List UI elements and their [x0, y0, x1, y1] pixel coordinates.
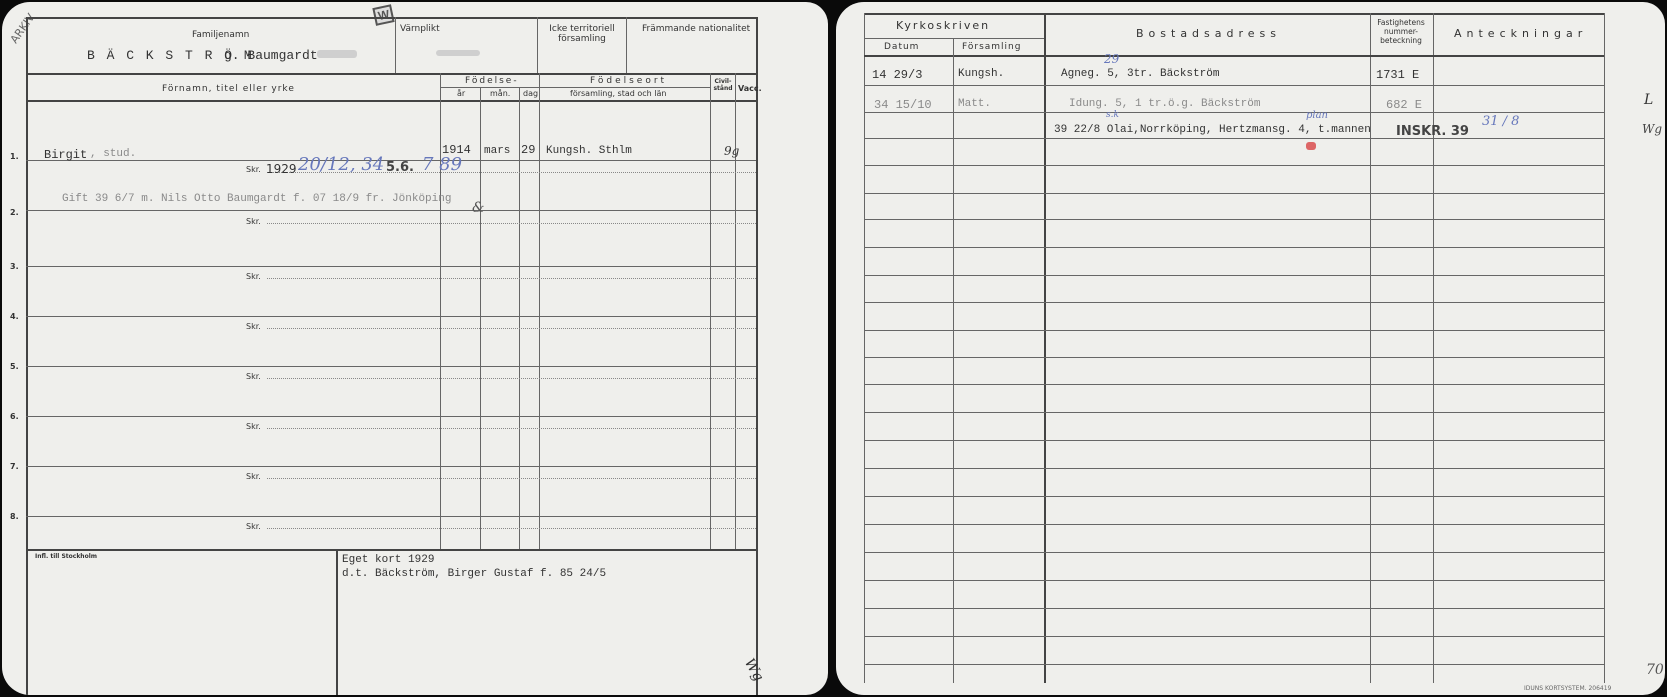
corner-stamp: W	[372, 4, 395, 26]
right-border	[756, 17, 758, 695]
row-line	[864, 85, 1604, 86]
header-bottom-line	[864, 55, 1604, 57]
row-line	[864, 193, 1604, 194]
redacted-mark	[436, 50, 480, 56]
non-territorial-label: Icke territoriell församling	[542, 24, 622, 44]
row-line	[864, 608, 1604, 609]
entry-address: Agneg. 5, 3tr. Bäckström	[1061, 68, 1219, 80]
first-name-value: Birgit	[44, 148, 87, 162]
entry-property: 1731 E	[1376, 68, 1419, 82]
right-border	[1604, 13, 1605, 683]
address-correction: 29	[1104, 52, 1119, 66]
birth-day-header: dag	[523, 89, 538, 98]
registration-stamp: INSKR. 39	[1396, 124, 1469, 139]
row-line	[864, 219, 1604, 220]
left-border	[26, 17, 28, 695]
red-mark	[1306, 142, 1316, 150]
row-line	[864, 412, 1604, 413]
left-border	[864, 13, 865, 683]
row-number: 8.	[10, 512, 19, 521]
row-line	[864, 247, 1604, 248]
corner-mark: 70	[1646, 662, 1664, 678]
margin-mark: L	[1644, 92, 1653, 108]
row-line	[26, 466, 756, 467]
date-header: Datum	[884, 42, 919, 52]
property-header: Fastighetens nummer-beteckning	[1372, 18, 1430, 45]
skr-year-value: 1929	[266, 162, 297, 176]
birthplace-value: Kungsh. Sthlm	[546, 145, 632, 157]
row-line	[864, 468, 1604, 469]
divider	[395, 17, 396, 73]
address-annotation: plan	[1306, 110, 1328, 121]
header-bottom-line	[26, 73, 756, 75]
row-line	[26, 210, 756, 211]
birth-month-header: mån.	[490, 89, 510, 98]
birthplace-sub-header: församling, stad och län	[570, 89, 666, 98]
skr-handwritten-date-2: 7 89	[422, 154, 462, 175]
divider	[1433, 13, 1434, 683]
skr-label: Skr.	[246, 372, 261, 381]
skr-line	[267, 378, 756, 379]
printer-imprint: IDUNS KORTSYSTEM. 206419	[1524, 685, 1611, 692]
row-line	[864, 496, 1604, 497]
skr-line	[267, 328, 756, 329]
address-header: Bostadsadress	[1136, 27, 1281, 40]
footer-divider	[336, 549, 338, 695]
row-line	[864, 138, 1604, 139]
skr-label: Skr.	[246, 165, 261, 174]
left-card: ARKIV W Familjenamn B Ä C K S T R Ö M g.…	[2, 2, 828, 695]
family-name-label: Familjenamn	[192, 30, 249, 40]
columns-header-bottom-line	[26, 100, 756, 102]
civil-status-header: Civil-stånd	[712, 78, 734, 92]
row-line	[864, 330, 1604, 331]
birthplace-header: Födelseort	[590, 76, 667, 86]
skr-handwritten-date: 20/12, 34	[298, 154, 384, 175]
divider	[1370, 13, 1371, 683]
row-line	[26, 316, 756, 317]
conscription-label: Värnplikt	[400, 24, 440, 34]
divider	[626, 17, 627, 73]
registered-header: Kyrkoskriven	[896, 19, 990, 32]
skr-line	[267, 223, 756, 224]
vacc-value: 9g	[724, 144, 739, 158]
birth-year-header: år	[457, 89, 465, 98]
row-number: 1.	[10, 152, 19, 161]
birth-day-value: 29	[521, 143, 535, 157]
vacc-header: Vacc.	[738, 84, 762, 93]
row-line	[864, 302, 1604, 303]
entry-property: 682 E	[1386, 98, 1422, 112]
foreign-nationality-label: Främmande nationalitet	[642, 24, 750, 34]
datum-divider	[953, 38, 954, 683]
skr-line	[267, 428, 756, 429]
divider	[537, 17, 538, 73]
skr-line	[267, 528, 756, 529]
row-line	[864, 636, 1604, 637]
address-annotation: s.k	[1106, 110, 1119, 120]
row-line	[864, 524, 1604, 525]
row-line	[864, 275, 1604, 276]
redacted-mark	[317, 50, 357, 58]
skr-label: Skr.	[246, 322, 261, 331]
marriage-note: Gift 39 6/7 m. Nils Otto Baumgardt f. 07…	[62, 193, 451, 205]
registration-handwritten: 31 / 8	[1482, 114, 1519, 129]
skr-label: Skr.	[246, 217, 261, 226]
birth-month-value: mars	[484, 145, 510, 157]
skr-stamp-date: 5.6.	[386, 160, 414, 175]
header-top-line	[864, 13, 1604, 15]
entry-parish: Matt.	[958, 98, 991, 110]
footer-note-line-2: d.t. Bäckström, Birger Gustaf f. 85 24/5	[342, 568, 606, 580]
row-number: 7.	[10, 462, 19, 471]
footer-note-line-1: Eget kort 1929	[342, 554, 434, 566]
row-number: 2.	[10, 208, 19, 217]
margin-mark: Wg	[1642, 122, 1662, 136]
footer-top-line	[26, 549, 756, 551]
header-top-line	[26, 17, 756, 19]
skr-label: Skr.	[246, 522, 261, 531]
row-line	[864, 384, 1604, 385]
entry-date: 14 29/3	[872, 68, 922, 82]
notes-header: Anteckningar	[1454, 27, 1587, 40]
entry-address: Idung. 5, 1 tr.ö.g. Bäckström	[1069, 98, 1260, 110]
title-value: , stud.	[90, 148, 136, 160]
row-line	[26, 416, 756, 417]
entry-address: 39 22/8 Olai,Norrköping, Hertzmansg. 4, …	[1054, 124, 1371, 136]
divider	[864, 38, 1044, 39]
row-line	[864, 165, 1604, 166]
birth-column-header: Födelse-	[465, 76, 519, 86]
right-card: Kyrkoskriven Datum Församling Bostadsadr…	[836, 2, 1665, 695]
row-line	[864, 357, 1604, 358]
entry-date: 34 15/10	[874, 98, 932, 112]
row-line	[864, 552, 1604, 553]
row-line	[26, 366, 756, 367]
skr-label: Skr.	[246, 472, 261, 481]
row-line	[864, 112, 1604, 113]
skr-line	[267, 478, 756, 479]
divider	[1044, 13, 1046, 683]
col-line	[519, 87, 520, 549]
row-number: 4.	[10, 312, 19, 321]
row-number: 5.	[10, 362, 19, 371]
row-line	[864, 664, 1604, 665]
col-line	[480, 87, 481, 549]
row-number: 6.	[10, 412, 19, 421]
skr-label: Skr.	[246, 272, 261, 281]
first-name-column-header: Förnamn, titel eller yrke	[162, 84, 295, 94]
row-number: 3.	[10, 262, 19, 271]
signature: Wg	[741, 656, 767, 684]
row-line	[864, 440, 1604, 441]
row-line	[26, 266, 756, 267]
skr-label: Skr.	[246, 422, 261, 431]
skr-line	[267, 278, 756, 279]
row-2-mark: &	[472, 200, 484, 216]
entry-parish: Kungsh.	[958, 68, 1004, 80]
row-line	[26, 516, 756, 517]
row-line	[864, 580, 1604, 581]
family-name-married: g. Baumgardt	[224, 48, 318, 63]
moved-to-label: Infl. till Stockholm	[35, 553, 97, 560]
parish-header: Församling	[962, 42, 1021, 52]
